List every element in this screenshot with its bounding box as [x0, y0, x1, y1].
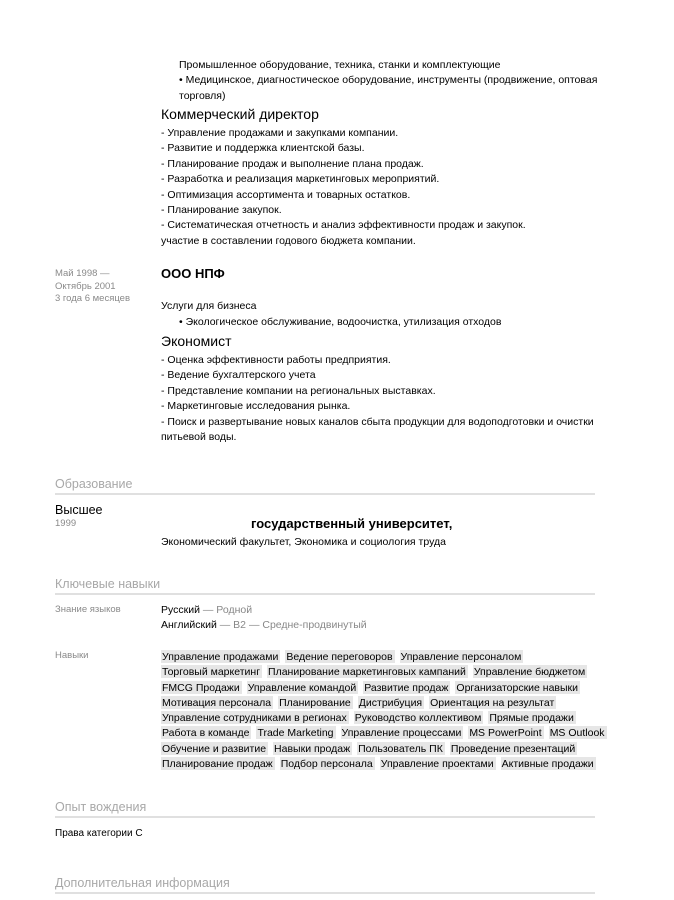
education-level: Высшее — [55, 503, 103, 517]
driving-license: Права категории C — [55, 828, 143, 839]
duty-item: - Развитие и поддержка клиентской базы. — [161, 141, 621, 156]
duty-item: питьевой воды. — [161, 430, 621, 445]
skill-tag: Управление процессами — [341, 726, 464, 739]
skill-row: Работа в командеTrade MarketingУправлени… — [161, 726, 611, 741]
language-item: Русский — Родной — [161, 603, 367, 618]
duties-list: - Управление продажами и закупками компа… — [161, 126, 621, 249]
skill-tag: Trade Marketing — [256, 726, 335, 739]
company-industry-detail: • Экологическое обслуживание, водоочистк… — [179, 315, 501, 330]
languages-label: Знание языков — [55, 604, 121, 615]
position-title: Коммерческий директор — [161, 105, 319, 123]
skill-tag: MS Outlook — [549, 726, 607, 739]
section-title-skills: Ключевые навыки — [55, 577, 595, 595]
skill-tag: Планирование — [278, 696, 353, 709]
skill-tag: Управление бюджетом — [473, 665, 587, 678]
duty-item: - Оптимизация ассортимента и товарных ос… — [161, 188, 621, 203]
skill-tag: Управление проектами — [380, 757, 496, 770]
period-start: Май 1998 — — [55, 268, 130, 281]
period-duration: 3 года 6 месяцев — [55, 293, 130, 306]
skill-tag: Дистрибуция — [358, 696, 424, 709]
duty-item: - Поиск и развертывание новых каналов сб… — [161, 415, 621, 430]
skill-tag: Управление персоналом — [400, 650, 524, 663]
skill-tag: Управление продажами — [161, 650, 280, 663]
skill-tag: Мотивация персонала — [161, 696, 273, 709]
duty-item: - Планирование продаж и выполнение плана… — [161, 157, 621, 172]
job-period: Май 1998 — Октябрь 2001 3 года 6 месяцев — [55, 268, 130, 306]
section-title-additional: Дополнительная информация — [55, 876, 595, 894]
language-name: Русский — [161, 604, 200, 616]
skill-tag: Ведение переговоров — [285, 650, 394, 663]
period-end: Октябрь 2001 — [55, 281, 130, 294]
duty-item: - Ведение бухгалтерского учета — [161, 368, 621, 383]
skill-tag: Руководство коллективом — [354, 711, 484, 724]
language-name: Английский — [161, 619, 217, 631]
duties-list: - Оценка эффективности работы предприяти… — [161, 353, 621, 445]
skill-row: Планирование продажПодбор персоналаУправ… — [161, 757, 611, 772]
duty-item: - Оценка эффективности работы предприяти… — [161, 353, 621, 368]
industry-line: • Медицинское, диагностическое оборудова… — [179, 73, 619, 88]
skill-tag: Прямые продажи — [488, 711, 575, 724]
skill-row: FMCG ПродажиУправление командойРазвитие … — [161, 681, 611, 696]
skill-tag: Управление командой — [247, 681, 359, 694]
company-name: ООО НПФ — [161, 266, 225, 281]
education-faculty: Экономический факультет, Экономика и соц… — [161, 535, 446, 550]
skill-tag: FMCG Продажи — [161, 681, 242, 694]
skill-row: Мотивация персоналаПланированиеДистрибуц… — [161, 696, 611, 711]
language-item: Английский — B2 — Средне-продвинутый — [161, 618, 367, 633]
skill-row: Управление сотрудниками в регионахРуково… — [161, 711, 611, 726]
company-industry: Услуги для бизнеса — [161, 299, 256, 314]
section-title-driving: Опыт вождения — [55, 800, 595, 818]
industry-list: Промышленное оборудование, техника, стан… — [179, 58, 619, 104]
skill-tag: Проведение презентаций — [450, 742, 577, 755]
skill-tag: Обучение и развитие — [161, 742, 268, 755]
skill-row: Обучение и развитиеНавыки продажПользова… — [161, 742, 611, 757]
duty-item: - Систематическая отчетность и анализ эф… — [161, 218, 621, 233]
education-institution: государственный университет, — [251, 516, 452, 531]
skill-tag: Планирование маркетинговых кампаний — [267, 665, 468, 678]
skills-label: Навыки — [55, 650, 88, 661]
skill-row: Управление продажамиВедение переговоровУ… — [161, 650, 611, 665]
industry-line: Промышленное оборудование, техника, стан… — [179, 58, 619, 73]
skill-tag: Навыки продаж — [273, 742, 352, 755]
position-title: Экономист — [161, 332, 232, 350]
duty-item: - Планирование закупок. — [161, 203, 621, 218]
skill-tag: Активные продажи — [501, 757, 596, 770]
duty-item: участие в составлении годового бюджета к… — [161, 234, 621, 249]
education-year: 1999 — [55, 518, 76, 531]
skill-tag: Работа в команде — [161, 726, 251, 739]
skill-tag: Организаторские навыки — [455, 681, 580, 694]
industry-line: торговля) — [179, 89, 619, 104]
duty-item: - Разработка и реализация маркетинговых … — [161, 172, 621, 187]
duty-item: - Управление продажами и закупками компа… — [161, 126, 621, 141]
skill-tag: Планирование продаж — [161, 757, 275, 770]
duty-item: - Представление компании на региональных… — [161, 384, 621, 399]
skill-tag: Ориентация на результат — [429, 696, 556, 709]
languages-list: Русский — Родной Английский — B2 — Средн… — [161, 603, 367, 634]
section-title-education: Образование — [55, 477, 595, 495]
skill-row: Торговый маркетингПланирование маркетинг… — [161, 665, 611, 680]
language-level: — Родной — [200, 604, 252, 616]
skill-tag: Подбор персонала — [280, 757, 375, 770]
skill-tag: Торговый маркетинг — [161, 665, 262, 678]
skill-tag: Развитие продаж — [363, 681, 450, 694]
skill-tags: Управление продажамиВедение переговоровУ… — [161, 650, 611, 772]
duty-item: - Маркетинговые исследования рынка. — [161, 399, 621, 414]
language-level: — B2 — Средне-продвинутый — [217, 619, 367, 631]
skill-tag: Управление сотрудниками в регионах — [161, 711, 349, 724]
skill-tag: Пользователь ПК — [357, 742, 445, 755]
skill-tag: MS PowerPoint — [468, 726, 543, 739]
